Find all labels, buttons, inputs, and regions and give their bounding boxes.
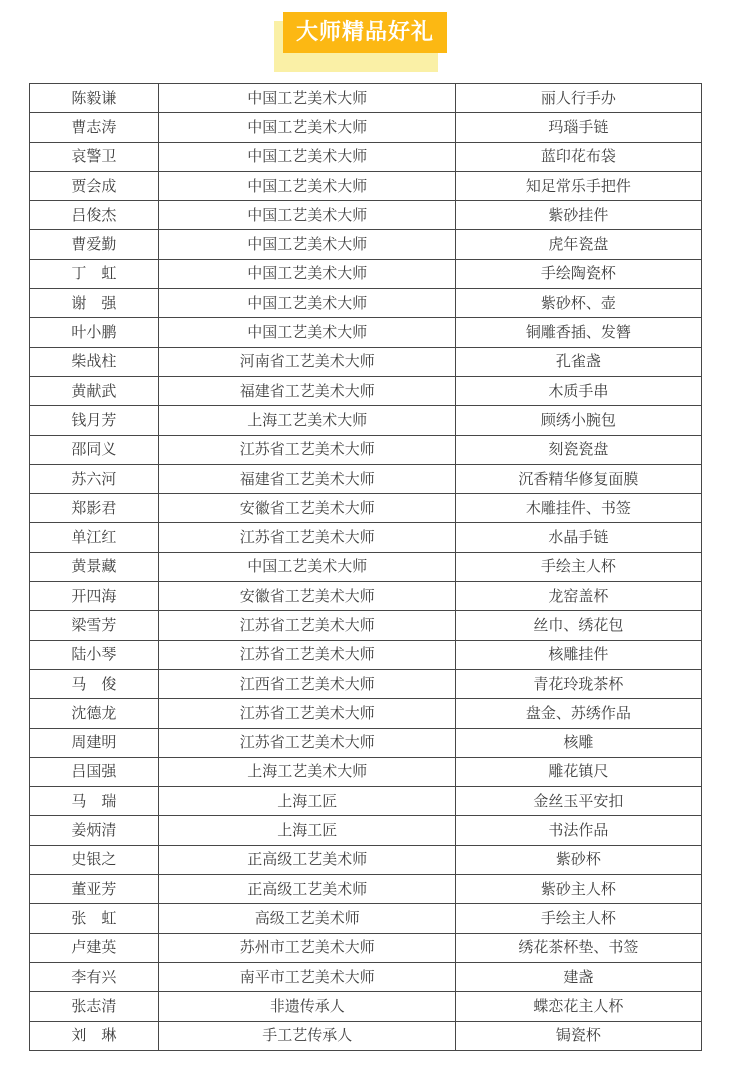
table-row: 马 俊江西省工艺美术大师青花玲珑茶杯 — [29, 669, 701, 698]
gift-item-cell: 手绘主人杯 — [456, 904, 701, 933]
gift-item-cell: 玛瑙手链 — [456, 113, 701, 142]
master-name-cell: 李有兴 — [29, 962, 159, 991]
master-title-cell: 南平市工艺美术大师 — [159, 962, 456, 991]
master-title-cell: 中国工艺美术大师 — [159, 230, 456, 259]
gift-item-cell: 顾绣小腕包 — [456, 406, 701, 435]
master-name-cell: 马 俊 — [29, 669, 159, 698]
master-title-cell: 正高级工艺美术师 — [159, 845, 456, 874]
master-title-cell: 安徽省工艺美术大师 — [159, 582, 456, 611]
table-row: 周建明江苏省工艺美术大师核雕 — [29, 728, 701, 757]
gift-item-cell: 水晶手链 — [456, 523, 701, 552]
master-name-cell: 曹爱勤 — [29, 230, 159, 259]
master-name-cell: 郑影君 — [29, 494, 159, 523]
table-row: 贾会成中国工艺美术大师知足常乐手把件 — [29, 171, 701, 200]
master-name-cell: 黄献武 — [29, 376, 159, 405]
gift-item-cell: 蝶恋花主人杯 — [456, 992, 701, 1021]
gift-item-cell: 手绘陶瓷杯 — [456, 259, 701, 288]
page: 大师精品好礼 陈毅谦中国工艺美术大师丽人行手办曹志涛中国工艺美术大师玛瑙手链哀警… — [0, 0, 730, 1071]
table-row: 陈毅谦中国工艺美术大师丽人行手办 — [29, 84, 701, 113]
gift-item-cell: 木质手串 — [456, 376, 701, 405]
master-title-cell: 上海工艺美术大师 — [159, 757, 456, 786]
gift-item-cell: 刻瓷瓷盘 — [456, 435, 701, 464]
master-name-cell: 柴战柱 — [29, 347, 159, 376]
table-row: 开四海安徽省工艺美术大师龙窑盖杯 — [29, 582, 701, 611]
gift-item-cell: 手绘主人杯 — [456, 552, 701, 581]
table-row: 张 虹高级工艺美术师手绘主人杯 — [29, 904, 701, 933]
master-name-cell: 苏六河 — [29, 464, 159, 493]
table-row: 叶小鹏中国工艺美术大师铜雕香插、发簪 — [29, 318, 701, 347]
table-row: 董亚芳正高级工艺美术师紫砂主人杯 — [29, 875, 701, 904]
gift-item-cell: 建盏 — [456, 962, 701, 991]
gift-item-cell: 木雕挂件、书签 — [456, 494, 701, 523]
master-title-cell: 安徽省工艺美术大师 — [159, 494, 456, 523]
master-title-cell: 江苏省工艺美术大师 — [159, 523, 456, 552]
master-title-cell: 中国工艺美术大师 — [159, 142, 456, 171]
master-name-cell: 开四海 — [29, 582, 159, 611]
gift-item-cell: 知足常乐手把件 — [456, 171, 701, 200]
master-name-cell: 姜炳清 — [29, 816, 159, 845]
master-name-cell: 丁 虹 — [29, 259, 159, 288]
table-row: 李有兴南平市工艺美术大师建盏 — [29, 962, 701, 991]
gift-item-cell: 核雕 — [456, 728, 701, 757]
master-name-cell: 张 虹 — [29, 904, 159, 933]
gift-item-cell: 核雕挂件 — [456, 640, 701, 669]
master-title-cell: 中国工艺美术大师 — [159, 289, 456, 318]
gift-item-cell: 金丝玉平安扣 — [456, 787, 701, 816]
master-title-cell: 江苏省工艺美术大师 — [159, 699, 456, 728]
master-name-cell: 陆小琴 — [29, 640, 159, 669]
badge-label: 大师精品好礼 — [283, 12, 447, 53]
table-row: 姜炳清上海工匠书法作品 — [29, 816, 701, 845]
master-title-cell: 上海工匠 — [159, 787, 456, 816]
master-name-cell: 史银之 — [29, 845, 159, 874]
header-badge: 大师精品好礼 — [283, 12, 447, 63]
table-row: 曹志涛中国工艺美术大师玛瑙手链 — [29, 113, 701, 142]
master-name-cell: 陈毅谦 — [29, 84, 159, 113]
master-title-cell: 河南省工艺美术大师 — [159, 347, 456, 376]
master-name-cell: 曹志涛 — [29, 113, 159, 142]
master-title-cell: 中国工艺美术大师 — [159, 552, 456, 581]
master-name-cell: 董亚芳 — [29, 875, 159, 904]
master-title-cell: 手工艺传承人 — [159, 1021, 456, 1050]
master-name-cell: 卢建英 — [29, 933, 159, 962]
gift-item-cell: 龙窑盖杯 — [456, 582, 701, 611]
table-row: 邵同义江苏省工艺美术大师刻瓷瓷盘 — [29, 435, 701, 464]
table-row: 刘 琳手工艺传承人锔瓷杯 — [29, 1021, 701, 1050]
gift-item-cell: 孔雀盏 — [456, 347, 701, 376]
master-name-cell: 马 瑞 — [29, 787, 159, 816]
table-row: 钱月芳上海工艺美术大师顾绣小腕包 — [29, 406, 701, 435]
gift-item-cell: 锔瓷杯 — [456, 1021, 701, 1050]
master-title-cell: 中国工艺美术大师 — [159, 201, 456, 230]
master-title-cell: 中国工艺美术大师 — [159, 318, 456, 347]
master-title-cell: 江苏省工艺美术大师 — [159, 611, 456, 640]
gift-item-cell: 雕花镇尺 — [456, 757, 701, 786]
gift-item-cell: 盘金、苏绣作品 — [456, 699, 701, 728]
gift-item-cell: 丝巾、绣花包 — [456, 611, 701, 640]
table-row: 黄景藏中国工艺美术大师手绘主人杯 — [29, 552, 701, 581]
master-name-cell: 梁雪芳 — [29, 611, 159, 640]
master-title-cell: 高级工艺美术师 — [159, 904, 456, 933]
table-row: 马 瑞上海工匠金丝玉平安扣 — [29, 787, 701, 816]
gift-item-cell: 丽人行手办 — [456, 84, 701, 113]
gift-item-cell: 紫砂杯、壶 — [456, 289, 701, 318]
master-title-cell: 非遗传承人 — [159, 992, 456, 1021]
master-name-cell: 吕俊杰 — [29, 201, 159, 230]
table-row: 张志清非遗传承人蝶恋花主人杯 — [29, 992, 701, 1021]
master-title-cell: 江西省工艺美术大师 — [159, 669, 456, 698]
table-row: 丁 虹中国工艺美术大师手绘陶瓷杯 — [29, 259, 701, 288]
master-title-cell: 上海工匠 — [159, 816, 456, 845]
gift-item-cell: 书法作品 — [456, 816, 701, 845]
master-title-cell: 中国工艺美术大师 — [159, 84, 456, 113]
master-name-cell: 哀警卫 — [29, 142, 159, 171]
table-row: 单江红江苏省工艺美术大师水晶手链 — [29, 523, 701, 552]
master-title-cell: 苏州市工艺美术大师 — [159, 933, 456, 962]
master-title-cell: 福建省工艺美术大师 — [159, 464, 456, 493]
master-title-cell: 江苏省工艺美术大师 — [159, 728, 456, 757]
master-name-cell: 贾会成 — [29, 171, 159, 200]
gift-item-cell: 紫砂挂件 — [456, 201, 701, 230]
table-row: 黄献武福建省工艺美术大师木质手串 — [29, 376, 701, 405]
gift-item-cell: 绣花茶杯垫、书签 — [456, 933, 701, 962]
gift-item-cell: 青花玲珑茶杯 — [456, 669, 701, 698]
master-name-cell: 周建明 — [29, 728, 159, 757]
table-row: 卢建英苏州市工艺美术大师绣花茶杯垫、书签 — [29, 933, 701, 962]
master-name-cell: 叶小鹏 — [29, 318, 159, 347]
table-row: 谢 强中国工艺美术大师紫砂杯、壶 — [29, 289, 701, 318]
gift-item-cell: 沉香精华修复面膜 — [456, 464, 701, 493]
master-title-cell: 中国工艺美术大师 — [159, 171, 456, 200]
gift-table: 陈毅谦中国工艺美术大师丽人行手办曹志涛中国工艺美术大师玛瑙手链哀警卫中国工艺美术… — [29, 83, 702, 1051]
master-name-cell: 刘 琳 — [29, 1021, 159, 1050]
master-name-cell: 谢 强 — [29, 289, 159, 318]
table-row: 郑影君安徽省工艺美术大师木雕挂件、书签 — [29, 494, 701, 523]
table-row: 苏六河福建省工艺美术大师沉香精华修复面膜 — [29, 464, 701, 493]
master-name-cell: 张志清 — [29, 992, 159, 1021]
table-row: 梁雪芳江苏省工艺美术大师丝巾、绣花包 — [29, 611, 701, 640]
master-title-cell: 中国工艺美术大师 — [159, 259, 456, 288]
master-title-cell: 中国工艺美术大师 — [159, 113, 456, 142]
master-name-cell: 黄景藏 — [29, 552, 159, 581]
master-name-cell: 吕国强 — [29, 757, 159, 786]
master-name-cell: 钱月芳 — [29, 406, 159, 435]
gift-item-cell: 蓝印花布袋 — [456, 142, 701, 171]
master-name-cell: 单江红 — [29, 523, 159, 552]
master-title-cell: 江苏省工艺美术大师 — [159, 435, 456, 464]
table-row: 曹爱勤中国工艺美术大师虎年瓷盘 — [29, 230, 701, 259]
table-row: 沈德龙江苏省工艺美术大师盘金、苏绣作品 — [29, 699, 701, 728]
table-row: 陆小琴江苏省工艺美术大师核雕挂件 — [29, 640, 701, 669]
table-row: 柴战柱河南省工艺美术大师孔雀盏 — [29, 347, 701, 376]
gift-item-cell: 虎年瓷盘 — [456, 230, 701, 259]
gift-item-cell: 铜雕香插、发簪 — [456, 318, 701, 347]
master-title-cell: 福建省工艺美术大师 — [159, 376, 456, 405]
master-title-cell: 江苏省工艺美术大师 — [159, 640, 456, 669]
gift-item-cell: 紫砂主人杯 — [456, 875, 701, 904]
gift-item-cell: 紫砂杯 — [456, 845, 701, 874]
master-title-cell: 上海工艺美术大师 — [159, 406, 456, 435]
master-title-cell: 正高级工艺美术师 — [159, 875, 456, 904]
table-row: 史银之正高级工艺美术师紫砂杯 — [29, 845, 701, 874]
table-row: 哀警卫中国工艺美术大师蓝印花布袋 — [29, 142, 701, 171]
table-row: 吕国强上海工艺美术大师雕花镇尺 — [29, 757, 701, 786]
table-row: 吕俊杰中国工艺美术大师紫砂挂件 — [29, 201, 701, 230]
master-name-cell: 邵同义 — [29, 435, 159, 464]
master-name-cell: 沈德龙 — [29, 699, 159, 728]
